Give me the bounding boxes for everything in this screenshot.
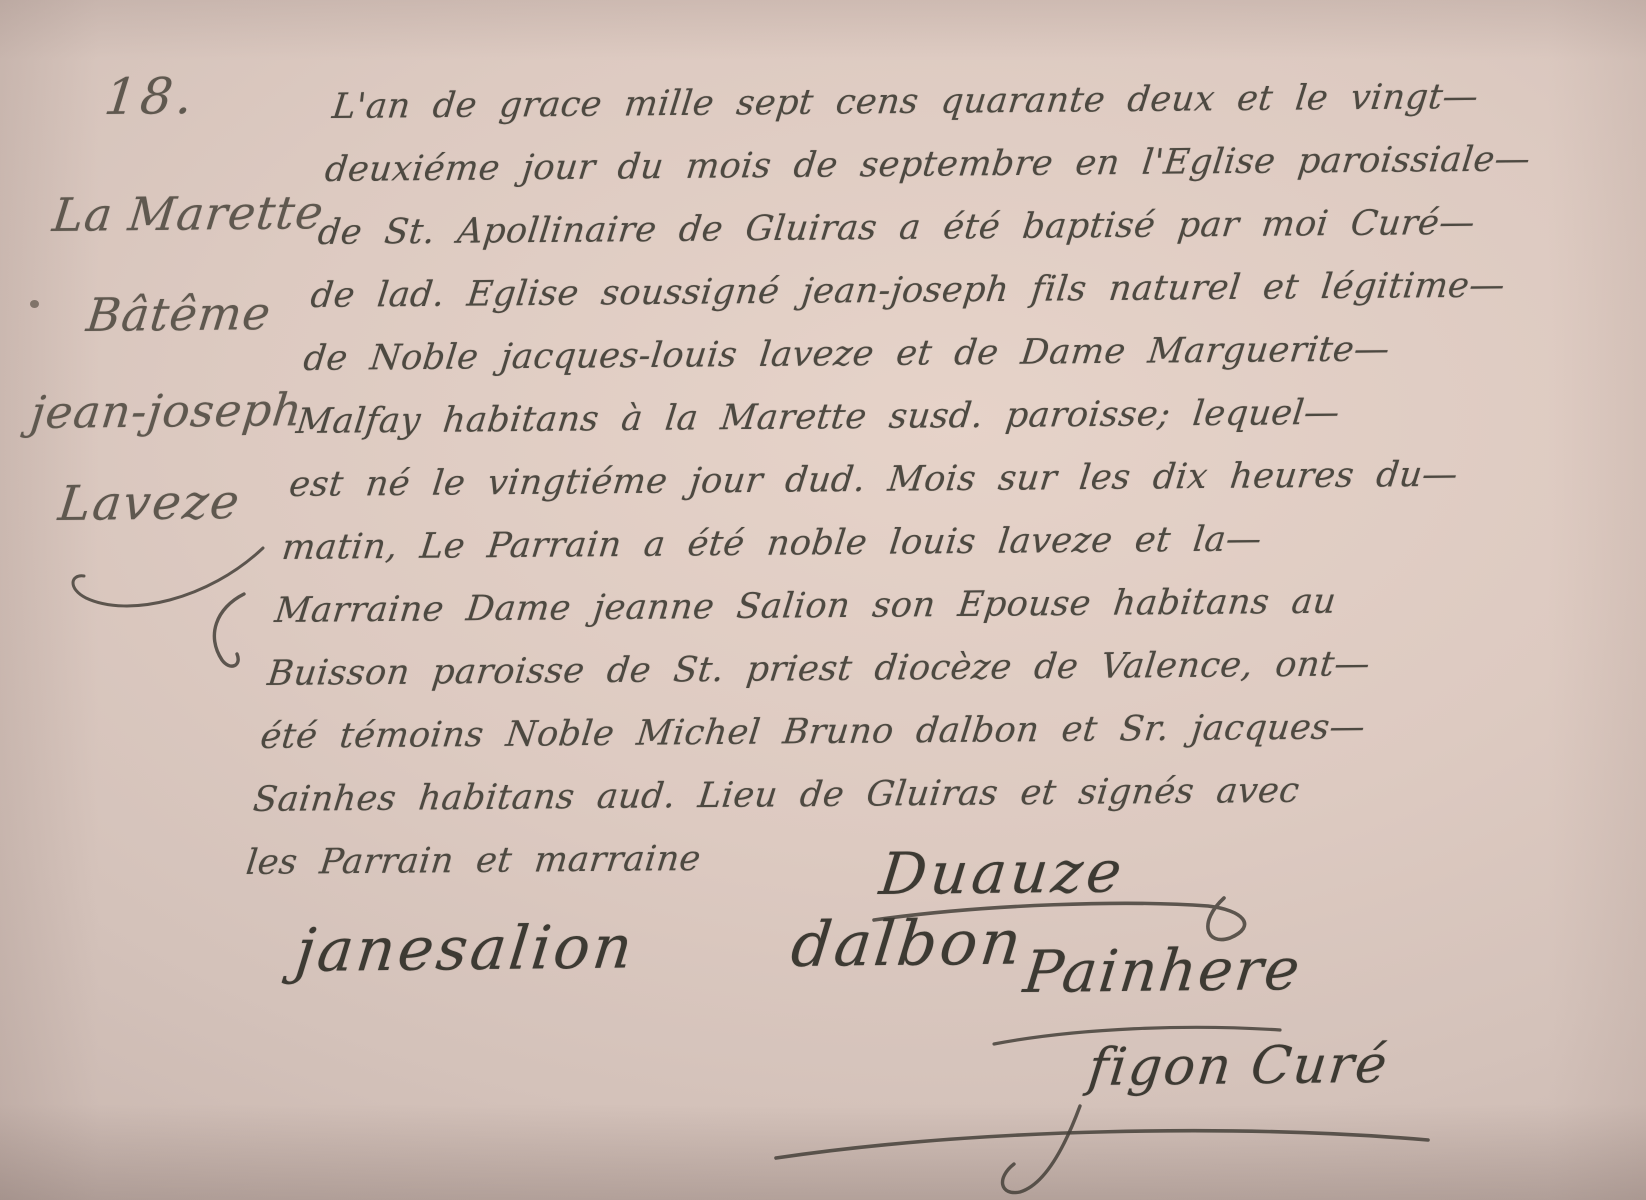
record-text-line: matin, Le Parrain a été noble louis lave… xyxy=(279,506,1491,580)
record-text-line: de Noble jacques-louis laveze et de Dame… xyxy=(300,317,1512,391)
record-text-line: L'an de grace mille sept cens quarante d… xyxy=(329,65,1541,139)
record-text-line: est né le vingtiéme jour dud. Mois sur l… xyxy=(286,443,1498,517)
record-body: L'an de grace mille sept cens quarante d… xyxy=(243,65,1541,894)
signature-witness-dalbon: dalbon xyxy=(788,906,1028,981)
margin-paraph-icon xyxy=(192,588,262,678)
margin-place-name: La Marette xyxy=(50,185,327,242)
margin-entry-number: 18. xyxy=(101,67,199,126)
record-text-line: de St. Apollinaire de Gluiras a été bapt… xyxy=(314,191,1526,265)
signature-godfather: Duauze xyxy=(876,837,1129,908)
manuscript-page: 18. La Marette Bâtême jean-joseph Laveze… xyxy=(0,0,1646,1200)
record-text-line: deuxiéme jour du mois de septembre en l'… xyxy=(322,128,1534,202)
record-text-line: été témoins Noble Michel Bruno dalbon et… xyxy=(257,695,1469,769)
margin-child-last-name: Laveze xyxy=(56,474,244,532)
record-text-line: de lad. Eglise soussigné jean-joseph fil… xyxy=(307,254,1519,328)
signature-priest-flourish-icon xyxy=(760,1100,1460,1200)
signature-witness-painhere: Painhere xyxy=(1020,935,1305,1006)
margin-act-type: Bâtême xyxy=(84,286,274,342)
margin-child-first-name: jean-joseph xyxy=(28,383,305,439)
record-text-line: Marraine Dame jeanne Salion son Epouse h… xyxy=(271,569,1483,643)
record-text-line: Sainhes habitans aud. Lieu de Gluiras et… xyxy=(250,758,1462,832)
signature-priest: figon Curé xyxy=(1085,1035,1392,1098)
record-text-line: Malfay habitans à la Marette susd. paroi… xyxy=(293,380,1505,454)
signature-godmother: janesalion xyxy=(292,912,639,986)
record-text-line: les Parrain et marraine xyxy=(243,821,1455,895)
margin-flourish-icon xyxy=(58,540,288,630)
ink-spot xyxy=(30,300,39,308)
record-text-line: Buisson paroisse de St. priest diocèze d… xyxy=(264,632,1476,706)
